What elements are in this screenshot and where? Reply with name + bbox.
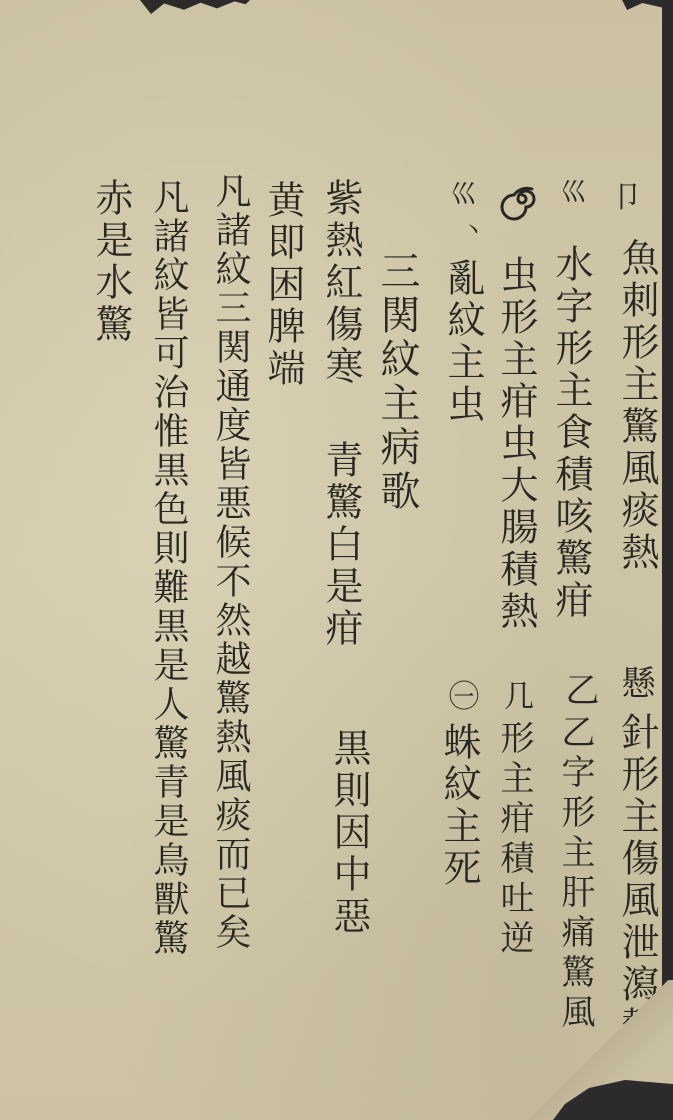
water-mark-icon: 巛 [560, 172, 586, 209]
note-all-patterns-treatable: 凡諸紋皆可治惟黒色則難黒是人驚青是鳥獸驚 [150, 178, 186, 958]
text-column-spider-pattern: 蛛紋主死 [440, 722, 478, 890]
text-column-fish-thorn: 魚刺形主驚風痰熱 [618, 238, 656, 574]
manuscript-page: 卩 巛 巛 丶 魚刺形主驚風痰熱 水字形主食積咳驚疳 虫形主疳虫大腸積熱 亂紋主… [0, 0, 662, 1120]
text-column-worm-shape: 虫形主疳虫大腸積熱 [497, 255, 535, 633]
fish-thorn-mark-icon: 卩 [612, 172, 642, 216]
curve-mark-icon: 几 [500, 680, 530, 714]
scanner-background-right [662, 0, 673, 1120]
section-heading-three-gates-song: 三関紋主病歌 [377, 250, 417, 514]
text-column-curve-shape: 形主疳積吐逆 [497, 720, 531, 960]
yi-mark-icon: 乙 [562, 672, 596, 710]
verse-yellow: 黄即困脾端 [264, 180, 302, 390]
note-red-water-fright: 赤是水驚 [92, 178, 130, 346]
note-three-gates-through: 凡諸紋三関通度皆悪候不然越驚熱風痰而已矣 [212, 172, 248, 952]
chaotic-dot-icon: 丶 [462, 214, 484, 245]
text-column-chaotic-pattern: 亂紋主虫 [444, 258, 482, 426]
verse-green-white: 青驚白是疳 [322, 440, 360, 650]
verse-purple-red: 紫熱紅傷寒 [322, 178, 360, 388]
text-column-water-character: 水字形主食積咳驚疳 [552, 244, 590, 622]
hanging-needle-mark-icon: 懸 [618, 665, 652, 703]
spider-mark-icon: ㊀ [445, 680, 475, 714]
verse-black: 黒則因中惡 [330, 728, 368, 938]
chaotic-mark-icon: 巛 [450, 174, 476, 211]
spiral-mark-icon [498, 175, 546, 223]
